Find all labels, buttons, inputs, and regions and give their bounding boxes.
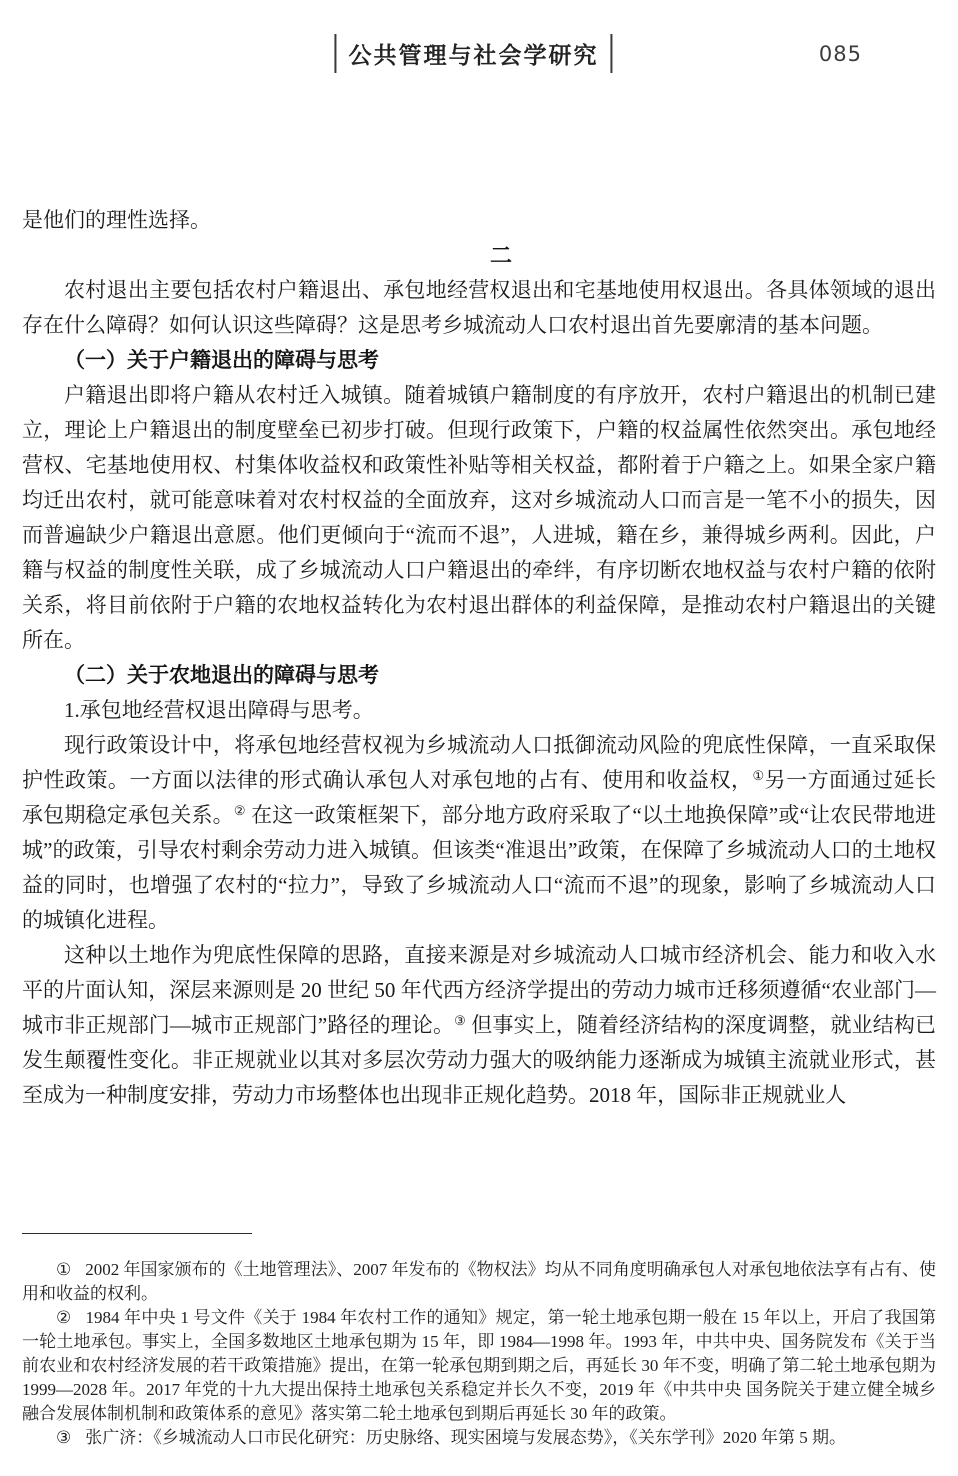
paragraph-intro: 农村退出主要包括农村户籍退出、承包地经营权退出和宅基地使用权退出。各具体领域的退… bbox=[22, 273, 936, 343]
footnote-2-marker: ② bbox=[56, 1308, 72, 1327]
footnotes-block: ①2002 年国家颁布的《土地管理法》、2007 年发布的《物权法》均从不同角度… bbox=[22, 1258, 936, 1450]
subsection-heading-hukou: （一）关于户籍退出的障碍与思考 bbox=[22, 343, 936, 378]
journal-section-title: 公共管理与社会学研究 bbox=[334, 34, 612, 73]
carryover-line: 是他们的理性选择。 bbox=[22, 203, 936, 238]
journal-page: 公共管理与社会学研究 085 是他们的理性选择。 二 农村退出主要包括农村户籍退… bbox=[0, 0, 958, 1476]
footnote-1-marker: ① bbox=[56, 1260, 71, 1279]
section-number-heading: 二 bbox=[22, 238, 936, 273]
footnote-3-marker: ③ bbox=[56, 1428, 71, 1447]
footnote-2: ②1984 年中央 1 号文件《关于 1984 年农村工作的通知》规定，第一轮土… bbox=[22, 1306, 936, 1426]
paragraph-policy: 现行政策设计中，将承包地经营权视为乡城流动人口抵御流动风险的兜底性保障，一直采取… bbox=[22, 728, 936, 938]
subsection-heading-farmland: （二）关于农地退出的障碍与思考 bbox=[22, 658, 936, 693]
footnote-ref-3: ③ bbox=[454, 1013, 466, 1028]
paragraph-land-safeguard: 这种以土地作为兜底性保障的思路，直接来源是对乡城流动人口城市经济机会、能力和收入… bbox=[22, 938, 936, 1113]
footnote-1: ①2002 年国家颁布的《土地管理法》、2007 年发布的《物权法》均从不同角度… bbox=[22, 1258, 936, 1306]
subitem-heading-contract-land: 1.承包地经营权退出障碍与思考。 bbox=[22, 693, 936, 728]
footnote-1-text: 2002 年国家颁布的《土地管理法》、2007 年发布的《物权法》均从不同角度明… bbox=[22, 1260, 936, 1303]
footnote-3: ③张广济：《乡城流动人口市民化研究：历史脉络、现实困境与发展态势》，《关东学刊》… bbox=[22, 1426, 936, 1450]
page-number: 085 bbox=[819, 42, 862, 66]
running-header: 公共管理与社会学研究 085 bbox=[0, 26, 958, 78]
article-body: 是他们的理性选择。 二 农村退出主要包括农村户籍退出、承包地经营权退出和宅基地使… bbox=[22, 203, 936, 1113]
footnote-ref-1: ① bbox=[752, 768, 764, 783]
paragraph-hukou: 户籍退出即将户籍从农村迁入城镇。随着城镇户籍制度的有序放开，农村户籍退出的机制已… bbox=[22, 378, 936, 658]
footnote-3-text: 张广济：《乡城流动人口市民化研究：历史脉络、现实困境与发展态势》，《关东学刊》2… bbox=[85, 1428, 846, 1447]
footnote-separator-rule bbox=[22, 1233, 252, 1234]
footnote-ref-2: ② bbox=[234, 803, 246, 818]
footnote-2-text: 1984 年中央 1 号文件《关于 1984 年农村工作的通知》规定，第一轮土地… bbox=[22, 1308, 936, 1423]
